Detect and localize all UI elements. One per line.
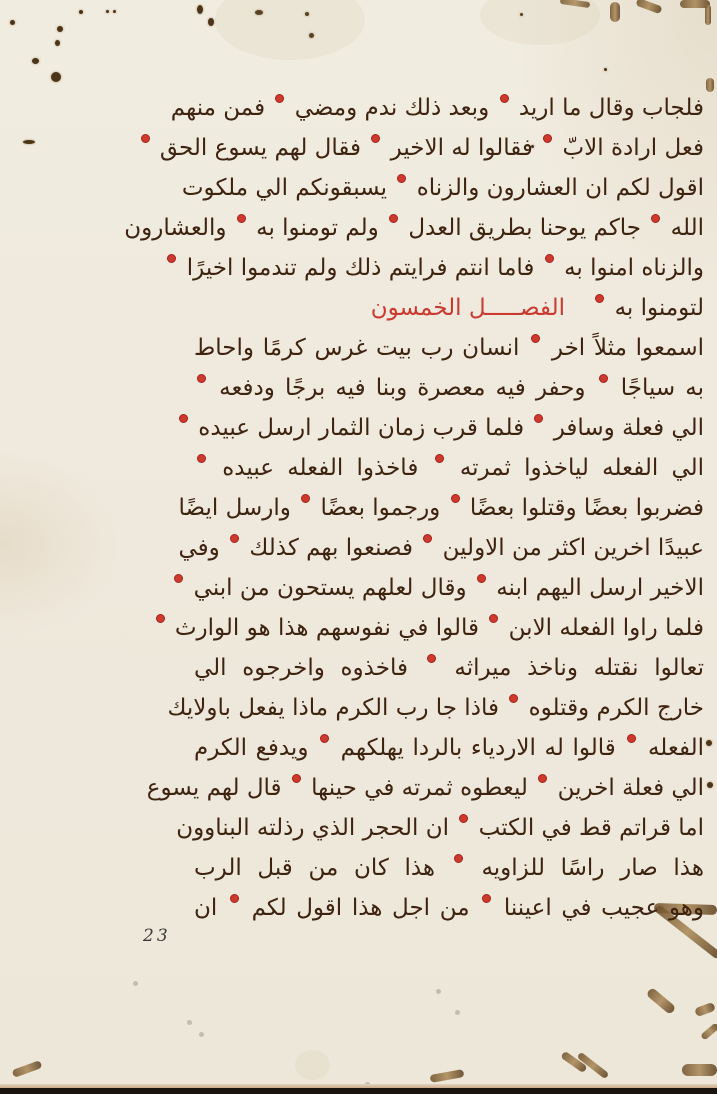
text-segment: فلما راوا الفعله الابن xyxy=(509,615,704,641)
verse-marker-icon xyxy=(320,734,329,743)
manuscript-line: وهو عجيب في اعيننا من اجل هذا اقول لكم ا… xyxy=(182,888,712,928)
wormhole-damage-icon xyxy=(55,40,60,46)
verse-marker-icon xyxy=(477,574,486,583)
manuscript-line: لتومنوا به الفصـــــل الخمسون xyxy=(182,288,712,328)
verse-marker-icon xyxy=(237,214,246,223)
paper-spot xyxy=(455,1010,460,1015)
wormhole-tunnel-icon xyxy=(610,2,620,22)
text-segment: قالوا في نفوسهم هذا هو الوارث xyxy=(175,615,479,641)
verse-marker-icon xyxy=(301,494,310,503)
paper-spot xyxy=(187,1020,192,1025)
manuscript-line: الي الفعله لياخذوا ثمرته فاخذوا الفعله ع… xyxy=(182,448,712,488)
text-segment: فلما قرب زمان الثمار ارسل عبيده xyxy=(198,415,524,441)
manuscript-line: عبيدًا اخرين اكثر من الاولين فصنعوا بهم … xyxy=(182,528,712,568)
text-segment: ان xyxy=(194,895,217,921)
water-stain xyxy=(480,0,600,45)
verse-marker-icon xyxy=(595,294,604,303)
text-segment: ورجموا بعضًا xyxy=(321,495,441,521)
text-segment: فصنعوا بهم كذلك xyxy=(249,535,413,561)
verse-marker-icon xyxy=(627,734,636,743)
manuscript-line: فعل ارادة الابّ فقالوا له الاخير فقال له… xyxy=(182,128,712,168)
water-stain xyxy=(295,1050,330,1080)
text-segment: يسبقونكم الي ملكوت xyxy=(182,175,387,201)
verse-marker-icon xyxy=(292,774,301,783)
text-segment: وهو عجيب في اعيننا xyxy=(504,895,704,921)
verse-marker-icon xyxy=(599,374,608,383)
text-segment: ولم تومنوا به xyxy=(256,215,379,241)
verse-marker-icon xyxy=(651,214,660,223)
text-segment: عبيدًا اخرين اكثر من الاولين xyxy=(443,535,704,561)
text-segment: فقال لهم يسوع الحق xyxy=(160,135,361,161)
text-segment: الي فعلة اخرين xyxy=(558,775,704,801)
paper-spot xyxy=(436,989,441,994)
paper-spot xyxy=(199,1032,204,1037)
manuscript-line: والزناه امنوا به فاما انتم فرايتم ذلك ول… xyxy=(182,248,712,288)
text-segment: اسمعوا مثلاً اخر xyxy=(552,335,704,361)
text-segment: من اجل هذا اقول لكم xyxy=(252,895,470,921)
text-segment: فعل ارادة الابّ xyxy=(563,135,704,161)
text-segment: الله xyxy=(671,215,704,241)
manuscript-text-block: فلجاب وقال ما اريد وبعد ذلك ندم ومضي فمن… xyxy=(182,88,712,928)
verse-marker-icon xyxy=(435,454,444,463)
text-segment: ان الحجر الذي رذلته البناوون xyxy=(176,815,449,841)
wormhole-tunnel-icon xyxy=(705,5,711,25)
verse-marker-icon xyxy=(389,214,398,223)
wormhole-damage-icon xyxy=(106,10,109,13)
text-segment: خارج الكرم وقتلوه xyxy=(529,695,704,721)
verse-marker-icon xyxy=(371,134,380,143)
text-segment: فاخذوه واخرجوه الي xyxy=(194,655,408,681)
wormhole-tunnel-icon xyxy=(682,1064,717,1076)
text-segment: وارسل ايضًا xyxy=(179,495,291,521)
manuscript-line: به سياجًا وحفر فيه معصرة وبنا فيه برجًا … xyxy=(182,368,712,408)
wormhole-tunnel-icon xyxy=(635,0,662,14)
text-segment: الي فعلة وسافر xyxy=(554,415,704,441)
manuscript-line: فلجاب وقال ما اريد وبعد ذلك ندم ومضي فمن… xyxy=(182,88,712,128)
verse-marker-icon xyxy=(459,814,468,823)
chapter-heading: الفصـــــل الخمسون xyxy=(371,295,565,321)
manuscript-line: هذا صار راسًا للزاويه هذا كان من قبل الر… xyxy=(182,848,712,888)
manuscript-line: الله جاكم يوحنا بطريق العدل ولم تومنوا ب… xyxy=(182,208,712,248)
verse-marker-icon xyxy=(423,534,432,543)
text-segment: فلجاب وقال ما اريد xyxy=(519,95,704,121)
wormhole-tunnel-icon xyxy=(430,1069,465,1083)
verse-marker-icon xyxy=(531,334,540,343)
wormhole-damage-icon xyxy=(208,18,214,26)
text-segment: وحفر فيه معصرة وبنا فيه برجًا ودفعه xyxy=(219,375,585,401)
verse-marker-icon xyxy=(174,574,183,583)
verse-marker-icon xyxy=(427,654,436,663)
verse-marker-icon xyxy=(451,494,460,503)
text-segment: الفعله xyxy=(648,735,704,761)
verse-marker-icon xyxy=(275,94,284,103)
verse-marker-icon xyxy=(482,894,491,903)
water-stain xyxy=(215,0,365,60)
text-segment: الاخير ارسل اليهم ابنه xyxy=(496,575,704,601)
wormhole-damage-icon xyxy=(79,10,83,14)
text-segment: فاما انتم فرايتم ذلك ولم تندموا اخيرًا xyxy=(187,255,535,281)
verse-marker-icon xyxy=(156,614,165,623)
wormhole-damage-icon xyxy=(10,20,15,25)
text-segment: وبعد ذلك ندم ومضي xyxy=(295,95,490,121)
text-segment: تعالوا نقتله وناخذ ميراثه xyxy=(454,655,704,681)
manuscript-page: فلجاب وقال ما اريد وبعد ذلك ندم ومضي فمن… xyxy=(0,0,717,1088)
manuscript-line: الفعله قالوا له الاردياء بالردا يهلكهم و… xyxy=(182,728,712,768)
verse-marker-icon xyxy=(454,854,463,863)
manuscript-line: اما قراتم قط في الكتب ان الحجر الذي رذلت… xyxy=(182,808,712,848)
manuscript-line: اسمعوا مثلاً اخر انسان رب بيت غرس كرمًا … xyxy=(182,328,712,368)
verse-marker-icon xyxy=(197,454,206,463)
text-segment: قالوا له الاردياء بالردا يهلكهم xyxy=(341,735,616,761)
text-segment: ويدفع الكرم xyxy=(194,735,308,761)
verse-marker-icon xyxy=(489,614,498,623)
text-segment: قال لهم يسوع xyxy=(147,775,282,801)
verse-marker-icon xyxy=(500,94,509,103)
page-number: 23 xyxy=(143,926,171,946)
text-segment: اما قراتم قط في الكتب xyxy=(479,815,704,841)
text-segment: وفي xyxy=(178,535,219,561)
text-segment: فضربوا بعضًا وقتلوا بعضًا xyxy=(470,495,704,521)
text-segment: هذا صار راسًا للزاويه xyxy=(481,855,704,881)
text-segment: فقالوا له الاخير xyxy=(391,135,533,161)
text-segment: فاخذوا الفعله عبيده xyxy=(222,455,418,481)
verse-marker-icon xyxy=(545,254,554,263)
wormhole-damage-icon xyxy=(604,68,607,71)
paper-spot xyxy=(133,981,138,986)
wormhole-tunnel-icon xyxy=(646,987,677,1015)
manuscript-line: فلما راوا الفعله الابن قالوا في نفوسهم ه… xyxy=(182,608,712,648)
wormhole-tunnel-icon xyxy=(12,1060,43,1078)
text-segment: الي الفعله لياخذوا ثمرته xyxy=(460,455,704,481)
manuscript-line: الاخير ارسل اليهم ابنه وقال لعلهم يستحون… xyxy=(182,568,712,608)
verse-marker-icon xyxy=(509,694,518,703)
text-segment: والعشارون xyxy=(124,215,226,241)
text-segment: وقال لعلهم يستحون من ابني xyxy=(194,575,467,601)
text-segment: فاذا جا رب الكرم ماذا يفعل باولايك xyxy=(168,695,499,721)
verse-marker-icon xyxy=(179,414,188,423)
manuscript-line: فضربوا بعضًا وقتلوا بعضًا ورجموا بعضًا و… xyxy=(182,488,712,528)
wormhole-tunnel-icon xyxy=(694,1002,716,1017)
wormhole-damage-icon xyxy=(57,26,63,32)
wormhole-damage-icon xyxy=(197,5,203,14)
wormhole-damage-icon xyxy=(23,140,35,144)
wormhole-damage-icon xyxy=(113,10,116,13)
wormhole-damage-icon xyxy=(32,58,39,64)
verse-marker-icon xyxy=(230,534,239,543)
text-segment: به سياجًا xyxy=(621,375,704,401)
manuscript-line: اقول لكم ان العشارون والزناه يسبقونكم ال… xyxy=(182,168,712,208)
verse-marker-icon xyxy=(197,374,206,383)
wormhole-damage-icon xyxy=(51,72,61,82)
verse-marker-icon xyxy=(230,894,239,903)
verse-marker-icon xyxy=(534,414,543,423)
verse-marker-icon xyxy=(538,774,547,783)
text-segment: هذا كان من قبل الرب xyxy=(194,855,435,881)
text-segment: ليعطوه ثمرته في حينها xyxy=(311,775,528,801)
manuscript-line: خارج الكرم وقتلوه فاذا جا رب الكرم ماذا … xyxy=(182,688,712,728)
verse-marker-icon xyxy=(397,174,406,183)
verse-marker-icon xyxy=(141,134,150,143)
text-segment: فمن منهم xyxy=(171,95,265,121)
manuscript-line: الي فعلة اخرين ليعطوه ثمرته في حينها قال… xyxy=(182,768,712,808)
text-segment: انسان رب بيت غرس كرمًا واحاط xyxy=(194,335,519,361)
manuscript-line: الي فعلة وسافر فلما قرب زمان الثمار ارسل… xyxy=(182,408,712,448)
manuscript-line: تعالوا نقتله وناخذ ميراثه فاخذوه واخرجوه… xyxy=(182,648,712,688)
text-segment: والزناه امنوا به xyxy=(564,255,704,281)
text-segment: جاكم يوحنا بطريق العدل xyxy=(408,215,641,241)
verse-marker-icon xyxy=(543,134,552,143)
text-segment: لتومنوا به xyxy=(615,295,704,321)
paper-spot xyxy=(365,1082,370,1087)
verse-marker-icon xyxy=(167,254,176,263)
text-segment: اقول لكم ان العشارون والزناه xyxy=(417,175,704,201)
wormhole-tunnel-icon xyxy=(700,1022,717,1040)
